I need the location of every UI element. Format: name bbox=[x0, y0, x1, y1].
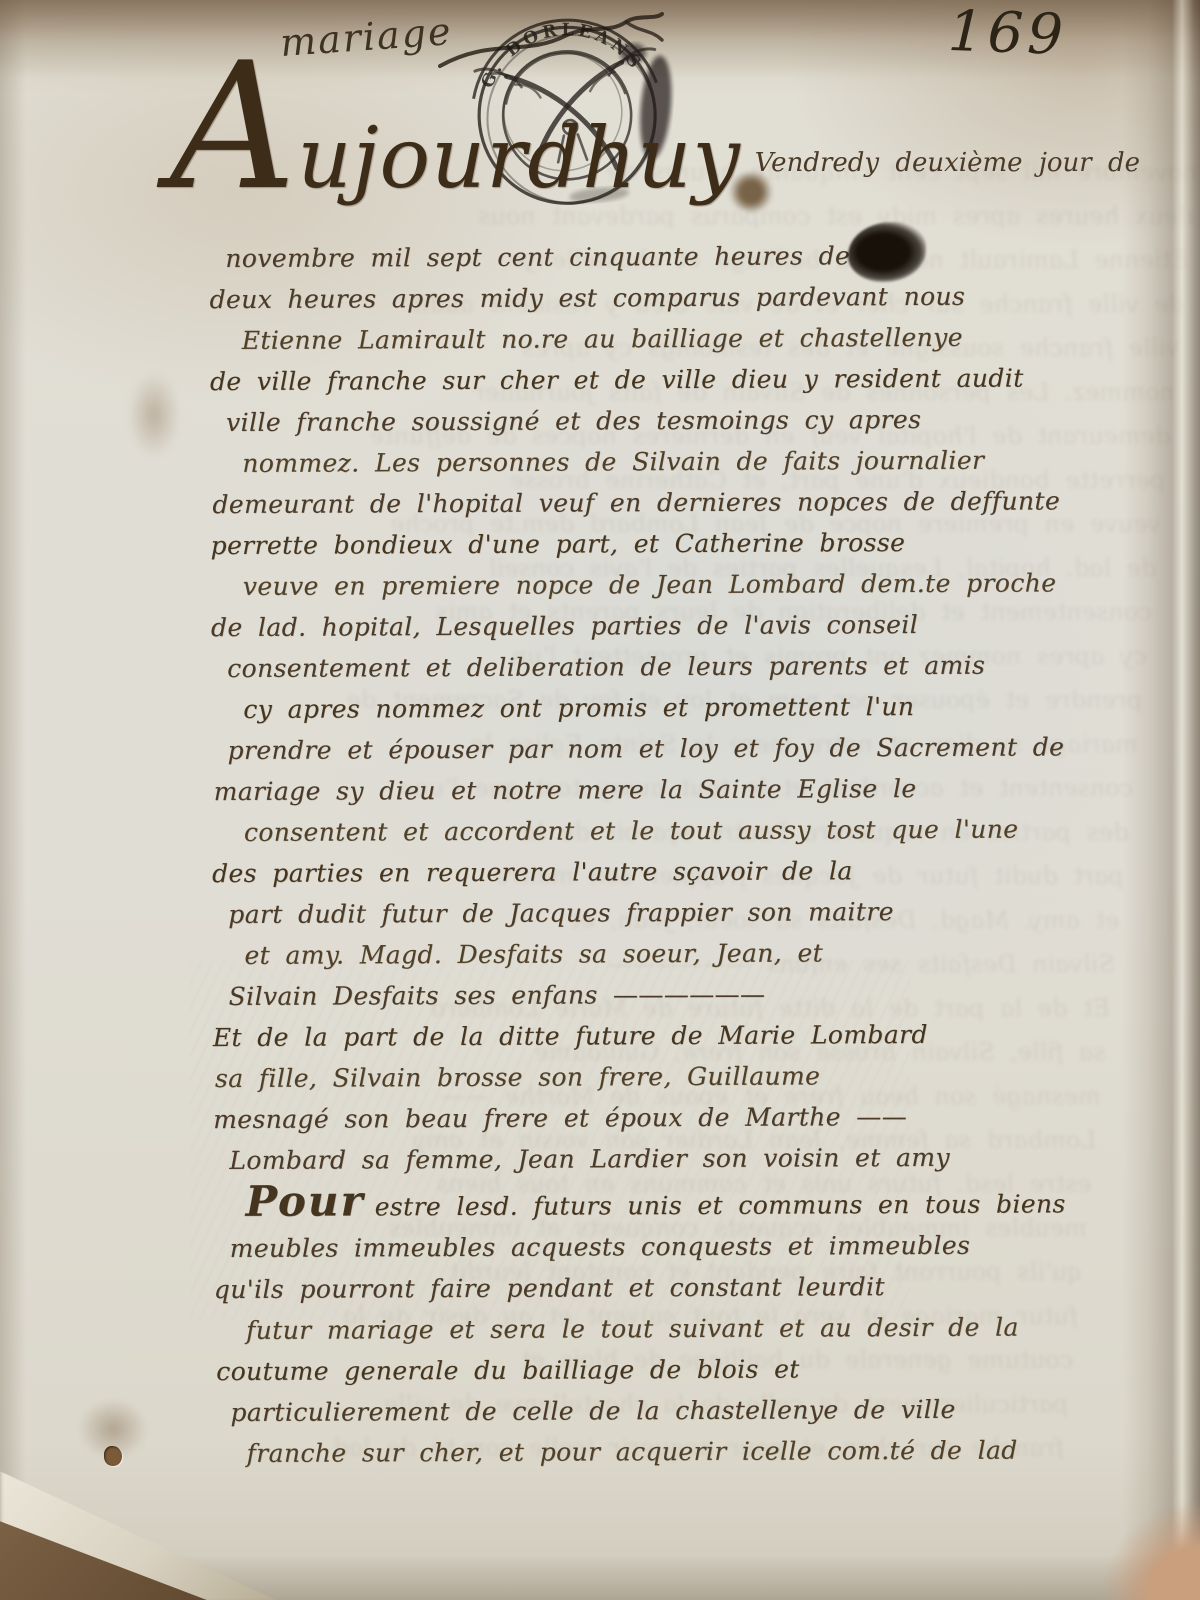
manuscript-line: consentement et deliberation de leurs pa… bbox=[227, 644, 1161, 689]
manuscript-line: novembre mil sept cent cinquante heures … bbox=[225, 234, 1159, 279]
opening-word: Aujourdhuy bbox=[170, 80, 741, 204]
manuscript-line: veuve en premiere nopce de Jean Lombard … bbox=[243, 562, 1161, 607]
paper-hole bbox=[104, 1446, 122, 1466]
manuscript-line: perrette bondieux d'une part, et Catheri… bbox=[211, 521, 1161, 566]
manuscript-line: deux heures apres midy est comparus pard… bbox=[209, 275, 1159, 320]
opening-line: Vendredy deuxième jour de bbox=[755, 150, 1140, 176]
manuscript-line: Et de la part de la ditte future de Mari… bbox=[213, 1013, 1163, 1058]
manuscript-page: novembre mil sept cent cinquante heures … bbox=[0, 0, 1200, 1600]
manuscript-line: Lombard sa femme, Jean Lardier son voisi… bbox=[229, 1136, 1163, 1181]
manuscript-line: consentent et accordent et le tout aussy… bbox=[244, 808, 1162, 853]
manuscript-text: novembre mil sept cent cinquante heures … bbox=[209, 234, 1164, 1474]
paper-stain bbox=[128, 372, 180, 458]
ink-smudge bbox=[728, 172, 774, 212]
manuscript-line: de ville franche sur cher et de ville di… bbox=[210, 357, 1160, 402]
manuscript-line: qu'ils pourront faire pendant et constan… bbox=[214, 1265, 1164, 1310]
page-left-edge-shadow bbox=[0, 0, 26, 1600]
manuscript-line: futur mariage et sera le tout suivant et… bbox=[246, 1306, 1164, 1351]
manuscript-line: mariage sy dieu et notre mere la Sainte … bbox=[214, 767, 1162, 812]
opening-paragraph: AujourdhuyVendredy deuxième jour de bbox=[170, 80, 1170, 204]
manuscript-line: coutume generale du bailliage de blois e… bbox=[216, 1347, 1164, 1392]
manuscript-line: franche sur cher, et pour acquerir icell… bbox=[247, 1429, 1165, 1474]
manuscript-line: part dudit futur de Jacques frappier son… bbox=[228, 890, 1162, 935]
manuscript-line: Pourestre lesd. futurs unis et communs e… bbox=[245, 1177, 1163, 1228]
manuscript-line: et amy. Magd. Desfaits sa soeur, Jean, e… bbox=[244, 931, 1162, 976]
manuscript-line: Etienne Lamirault no.re au bailliage et … bbox=[242, 316, 1160, 361]
manuscript-line: sa fille, Silvain brosse son frere, Guil… bbox=[215, 1054, 1163, 1099]
manuscript-line: Silvain Desfaits ses enfans —————— bbox=[229, 972, 1163, 1017]
manuscript-line: de lad. hopital, Lesquelles parties de l… bbox=[211, 603, 1161, 648]
manuscript-line: nommez. Les personnes de Silvain de fait… bbox=[242, 439, 1160, 484]
manuscript-line: particulierement de celle de la chastell… bbox=[230, 1388, 1164, 1433]
manuscript-line: meubles immeubles acquests conquests et … bbox=[230, 1224, 1164, 1269]
manuscript-line: prendre et épouser par nom et loy et foy… bbox=[227, 726, 1161, 771]
manuscript-line: demeurant de l'hopital veuf en dernieres… bbox=[212, 480, 1160, 525]
finger-corner bbox=[1050, 1450, 1200, 1600]
classification-label: mariage bbox=[279, 12, 454, 62]
page-number: 169 bbox=[947, 4, 1068, 64]
pour-lead-word: Pour bbox=[245, 1176, 364, 1226]
manuscript-line: mesnagé son beau frere et époux de Marth… bbox=[213, 1095, 1163, 1140]
manuscript-line: ville franche soussigné et des tesmoings… bbox=[226, 398, 1160, 443]
manuscript-line: cy apres nommez ont promis et promettent… bbox=[243, 685, 1161, 730]
line-continuation: estre lesd. futurs unis et communs en to… bbox=[375, 1189, 1066, 1221]
manuscript-line: des parties en requerera l'autre sçavoir… bbox=[212, 849, 1162, 894]
